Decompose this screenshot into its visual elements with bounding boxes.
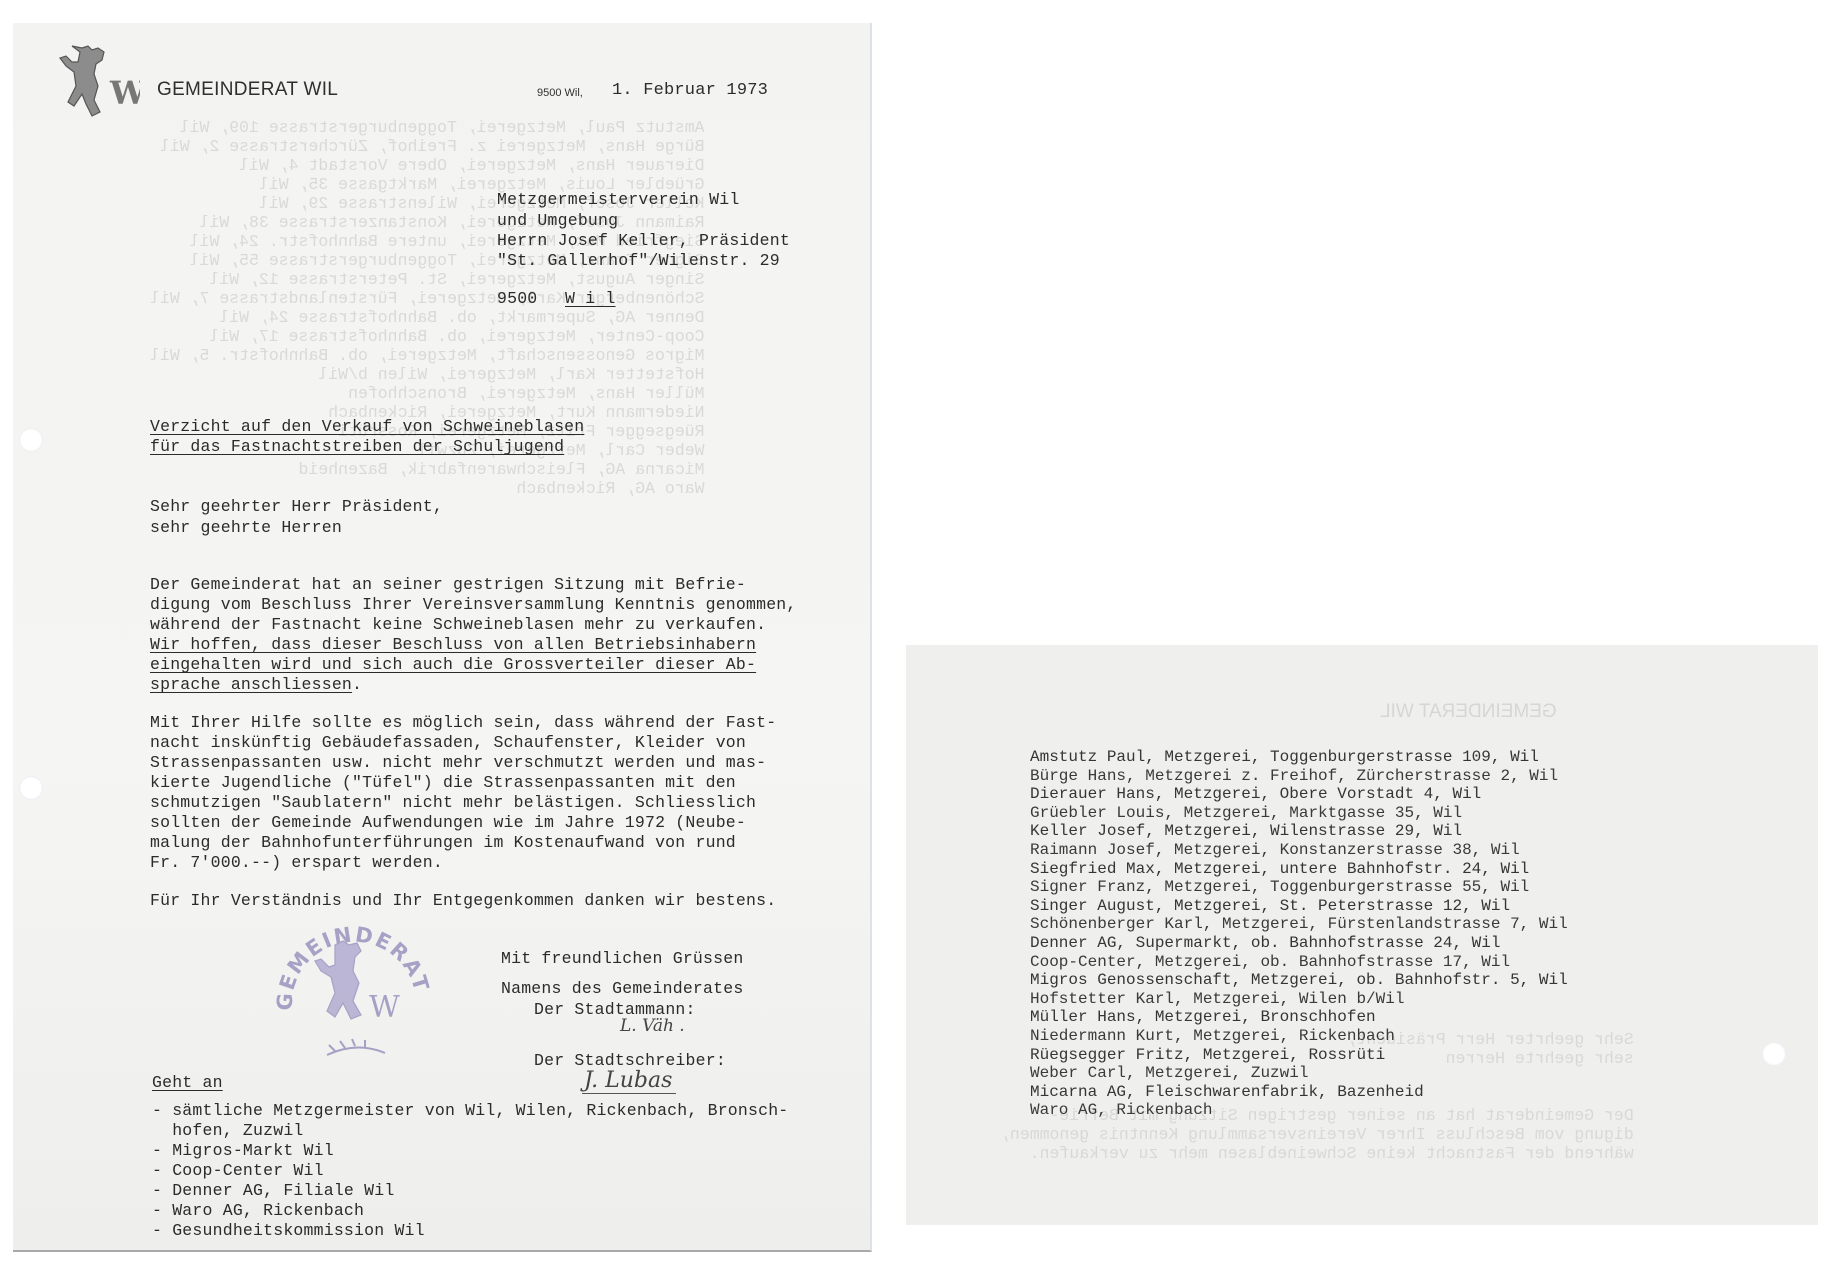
punch-hole bbox=[19, 428, 43, 452]
punch-hole bbox=[19, 776, 43, 800]
body-line-underlined: eingehalten wird und sich auch die Gross… bbox=[150, 655, 756, 675]
address-entry: Singer August, Metzgerei, St. Peterstras… bbox=[1030, 897, 1568, 916]
recipient-line: und Umgebung bbox=[497, 211, 618, 231]
address-entry: Niedermann Kurt, Metzgerei, Rickenbach bbox=[1030, 1027, 1568, 1046]
address-entry: Weber Carl, Metzgerei, Zuzwil bbox=[1030, 1064, 1568, 1083]
distribution-item: hofen, Zuzwil bbox=[152, 1121, 304, 1141]
body-line: digung vom Beschluss Ihrer Vereinsversam… bbox=[150, 595, 797, 615]
subject-line: Verzicht auf den Verkauf von Schweinebla… bbox=[150, 417, 584, 437]
body-line: Strassenpassanten usw. nicht mehr versch… bbox=[150, 753, 766, 773]
recipient-line: Herrn Josef Keller, Präsident bbox=[497, 231, 790, 251]
salutation-line: sehr geehrte Herren bbox=[150, 518, 342, 538]
address-entry: Müller Hans, Metzgerei, Bronschhofen bbox=[1030, 1008, 1568, 1027]
bleed-through-letterhead: GEMEINDERAT WIL bbox=[1380, 702, 1557, 721]
recipient-city: W i l bbox=[565, 289, 616, 309]
body-line: während der Fastnacht keine Schweineblas… bbox=[150, 615, 766, 635]
address-entry: Micarna AG, Fleischwarenfabrik, Bazenhei… bbox=[1030, 1083, 1568, 1102]
distribution-item: - Gesundheitskommission Wil bbox=[152, 1221, 425, 1241]
subject-line: für das Fastnachtstreiben der Schuljugen… bbox=[150, 437, 564, 457]
body-line: Mit Ihrer Hilfe sollte es möglich sein, … bbox=[150, 713, 776, 733]
bear-seal-stamp-icon: GEMEINDERAT WIL SG W bbox=[265, 905, 445, 1075]
address-entry: Signer Franz, Metzgerei, Toggenburgerstr… bbox=[1030, 878, 1568, 897]
address-entry: Rüegsegger Fritz, Metzgerei, Rossrüti bbox=[1030, 1046, 1568, 1065]
body-line-underlined: Wir hoffen, dass dieser Beschluss von al… bbox=[150, 635, 756, 655]
body-line: nacht inskünftig Gebäudefassaden, Schauf… bbox=[150, 733, 746, 753]
distribution-item: - Migros-Markt Wil bbox=[152, 1141, 334, 1161]
address-entry: Siegfried Max, Metzgerei, untere Bahnhof… bbox=[1030, 860, 1568, 879]
address-entry: Dierauer Hans, Metzgerei, Obere Vorstadt… bbox=[1030, 785, 1568, 804]
recipient-line: "St. Gallerhof"/Wilenstr. 29 bbox=[497, 251, 780, 271]
letter-date: 1. Februar 1973 bbox=[612, 81, 768, 101]
address-entry: Grüebler Louis, Metzgerei, Marktgasse 35… bbox=[1030, 804, 1568, 823]
address-entry: Migros Genossenschaft, Metzgerei, ob. Ba… bbox=[1030, 971, 1568, 990]
body-line-underlined: sprache anschliessen bbox=[150, 675, 352, 694]
address-entry: Bürge Hans, Metzgerei z. Freihof, Zürche… bbox=[1030, 767, 1568, 786]
distribution-item: - Waro AG, Rickenbach bbox=[152, 1201, 364, 1221]
address-entry: Hofstetter Karl, Metzgerei, Wilen b/Wil bbox=[1030, 990, 1568, 1009]
salutation-line: Sehr geehrter Herr Präsident, bbox=[150, 497, 443, 517]
address-entry: Amstutz Paul, Metzgerei, Toggenburgerstr… bbox=[1030, 748, 1568, 767]
address-entry: Waro AG, Rickenbach bbox=[1030, 1101, 1568, 1120]
svg-text:W: W bbox=[369, 990, 400, 1025]
mayor-signature: L. Väh . bbox=[620, 1016, 685, 1036]
closing-on-behalf: Namens des Gemeinderates bbox=[501, 979, 743, 999]
distribution-item: - sämtliche Metzgermeister von Wil, Wile… bbox=[152, 1101, 788, 1121]
attachment-address-list: Amstutz Paul, Metzgerei, Toggenburgerstr… bbox=[1030, 748, 1568, 1120]
address-entry: Raimann Josef, Metzgerei, Konstanzerstra… bbox=[1030, 841, 1568, 860]
body-line-end: . bbox=[352, 675, 362, 694]
closing-greeting: Mit freundlichen Grüssen bbox=[501, 949, 743, 969]
svg-text:W: W bbox=[109, 74, 140, 112]
body-line: schmutzigen "Saublatern" nicht mehr belä… bbox=[150, 793, 756, 813]
distribution-item: - Coop-Center Wil bbox=[152, 1161, 324, 1181]
letterhead-place: 9500 Wil, bbox=[537, 87, 583, 99]
body-line: Der Gemeinderat hat an seiner gestrigen … bbox=[150, 575, 746, 595]
body-line: sollten der Gemeinde Aufwendungen wie im… bbox=[150, 813, 746, 833]
distribution-item: - Denner AG, Filiale Wil bbox=[152, 1181, 394, 1201]
thanks-line: Für Ihr Verständnis und Ihr Entgegenkomm… bbox=[150, 891, 776, 911]
clerk-signature: J. Lubas bbox=[582, 1068, 676, 1094]
recipient-postcode: 9500 bbox=[497, 289, 537, 309]
body-line: kierte Jugendliche ("Tüfel") die Strasse… bbox=[150, 773, 736, 793]
address-entry: Schönenberger Karl, Metzgerei, Fürstenla… bbox=[1030, 915, 1568, 934]
address-entry: Keller Josef, Metzgerei, Wilenstrasse 29… bbox=[1030, 822, 1568, 841]
letterhead-organization: GEMEINDERAT WIL bbox=[157, 79, 338, 101]
address-entry: Coop-Center, Metzgerei, ob. Bahnhofstras… bbox=[1030, 953, 1568, 972]
punch-hole bbox=[1762, 1042, 1786, 1066]
body-line: malung der Bahnhofunterführungen im Kost… bbox=[150, 833, 736, 853]
recipient-line: Metzgermeisterverein Wil bbox=[497, 190, 739, 210]
address-entry: Denner AG, Supermarkt, ob. Bahnhofstrass… bbox=[1030, 934, 1568, 953]
bear-w-coat-of-arms-icon: W bbox=[58, 42, 140, 124]
body-line: Fr. 7'000.--) erspart werden. bbox=[150, 853, 443, 873]
distribution-heading: Geht an bbox=[152, 1073, 223, 1093]
